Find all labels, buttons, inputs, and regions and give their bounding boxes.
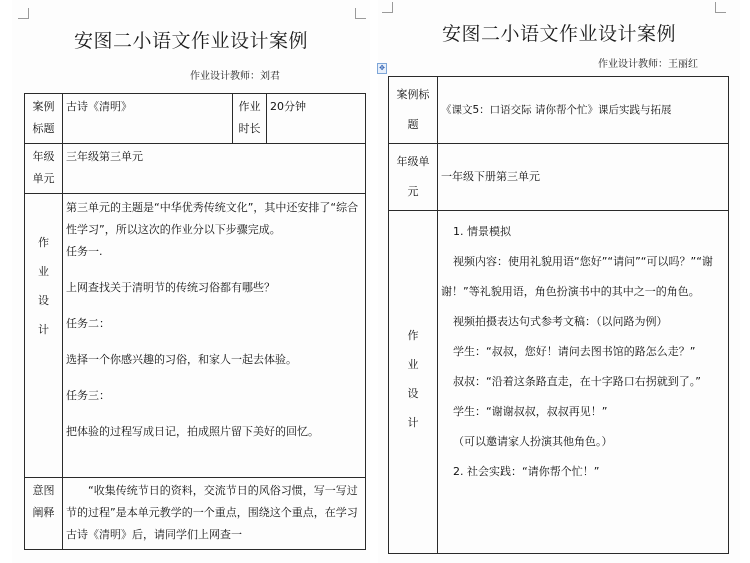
grade-value[interactable]: 三年级第三单元 bbox=[63, 144, 366, 194]
design-label-char: 作 bbox=[28, 228, 59, 257]
video-content: 视频内容：使用礼貌用语“您好”“请问”“可以吗？”“谢谢！”等礼貌用语，角色扮演… bbox=[441, 247, 725, 307]
teacher-name: 作业设计教师：刘君 bbox=[190, 67, 280, 82]
design-label: 作 业 设 计 bbox=[389, 211, 438, 554]
design-label-char: 设 bbox=[392, 379, 434, 408]
right-homework-table: 案例标题 《课文5：口语交际 请你帮个忙》课后实践与拓展 年级单元 一年级下册第… bbox=[388, 76, 729, 554]
design-label-char: 计 bbox=[28, 315, 59, 344]
page-corner-mark bbox=[715, 2, 726, 13]
case-title-label: 案例标题 bbox=[25, 94, 63, 144]
task-one-heading: 任务一. bbox=[66, 241, 362, 263]
design-content[interactable]: 第三单元的主题是“中华优秀传统文化”，其中还安排了“综合性学习”，所以这次的作业… bbox=[63, 194, 366, 478]
student-line-2: 学生：“谢谢叔叔，叔叔再见！” bbox=[441, 397, 725, 427]
page-corner-mark bbox=[355, 8, 366, 19]
intent-value[interactable]: “收集传统节日的资料，交流节日的风俗习惯，写一写过节的过程”是本单元教学的一个重… bbox=[63, 478, 366, 550]
document-title: 安图二小语文作业设计案例 bbox=[12, 26, 370, 53]
design-content[interactable]: 1. 情景模拟 视频内容：使用礼貌用语“您好”“请问”“可以吗？”“谢谢！”等礼… bbox=[438, 211, 729, 554]
design-label: 作 业 设 计 bbox=[25, 194, 63, 478]
left-homework-table: 案例标题 古诗《清明》 作业时长 20分钟 年级单元 三年级第三单元 作 业 设… bbox=[24, 93, 366, 550]
design-label-char: 业 bbox=[392, 350, 434, 379]
task-two-text: 选择一个你感兴趣的习俗，和家人一起去体验。 bbox=[66, 349, 362, 371]
case-title-value[interactable]: 古诗《清明》 bbox=[63, 94, 233, 144]
task-three-heading: 任务三： bbox=[66, 385, 362, 407]
design-label-char: 计 bbox=[392, 408, 434, 437]
grade-label: 年级单元 bbox=[389, 144, 438, 211]
task-two-heading: 任务二： bbox=[66, 313, 362, 335]
scenario-heading: 1. 情景模拟 bbox=[441, 217, 725, 247]
intent-label: 意图阐释 bbox=[25, 478, 63, 550]
page-corner-mark bbox=[18, 8, 29, 19]
design-label-char: 设 bbox=[28, 286, 59, 315]
grade-value[interactable]: 一年级下册第三单元 bbox=[438, 144, 729, 211]
page-corner-mark bbox=[382, 2, 393, 13]
design-label-char: 业 bbox=[28, 257, 59, 286]
student-line-1: 学生：“叔叔，您好！请问去图书馆的路怎么走？” bbox=[441, 337, 725, 367]
family-note: （可以邀请家人扮演其他角色。） bbox=[441, 427, 725, 457]
case-title-value[interactable]: 《课文5：口语交际 请你帮个忙》课后实践与拓展 bbox=[438, 77, 729, 144]
design-intro: 第三单元的主题是“中华优秀传统文化”，其中还安排了“综合性学习”，所以这次的作业… bbox=[66, 197, 362, 241]
social-practice-heading: 2. 社会实践：“请你帮个忙！” bbox=[441, 457, 725, 487]
case-title-label: 案例标题 bbox=[389, 77, 438, 144]
duration-value[interactable]: 20分钟 bbox=[267, 94, 366, 144]
move-table-icon[interactable]: ✥ bbox=[377, 63, 387, 74]
document-title: 安图二小语文作业设计案例 bbox=[378, 19, 740, 46]
task-one-text: 上网查找关于清明节的传统习俗都有哪些？ bbox=[66, 277, 362, 299]
script-reference: 视频拍摄表达句式参考文稿：（以问路为例） bbox=[441, 307, 725, 337]
teacher-name: 作业设计教师：王丽红 bbox=[598, 55, 698, 70]
duration-label: 作业时长 bbox=[233, 94, 267, 144]
grade-label: 年级单元 bbox=[25, 144, 63, 194]
task-three-text: 把体验的过程写成日记，拍成照片留下美好的回忆。 bbox=[66, 421, 362, 443]
design-label-char: 作 bbox=[392, 321, 434, 350]
uncle-line: 叔叔：“沿着这条路直走，在十字路口右拐就到了。” bbox=[441, 367, 725, 397]
